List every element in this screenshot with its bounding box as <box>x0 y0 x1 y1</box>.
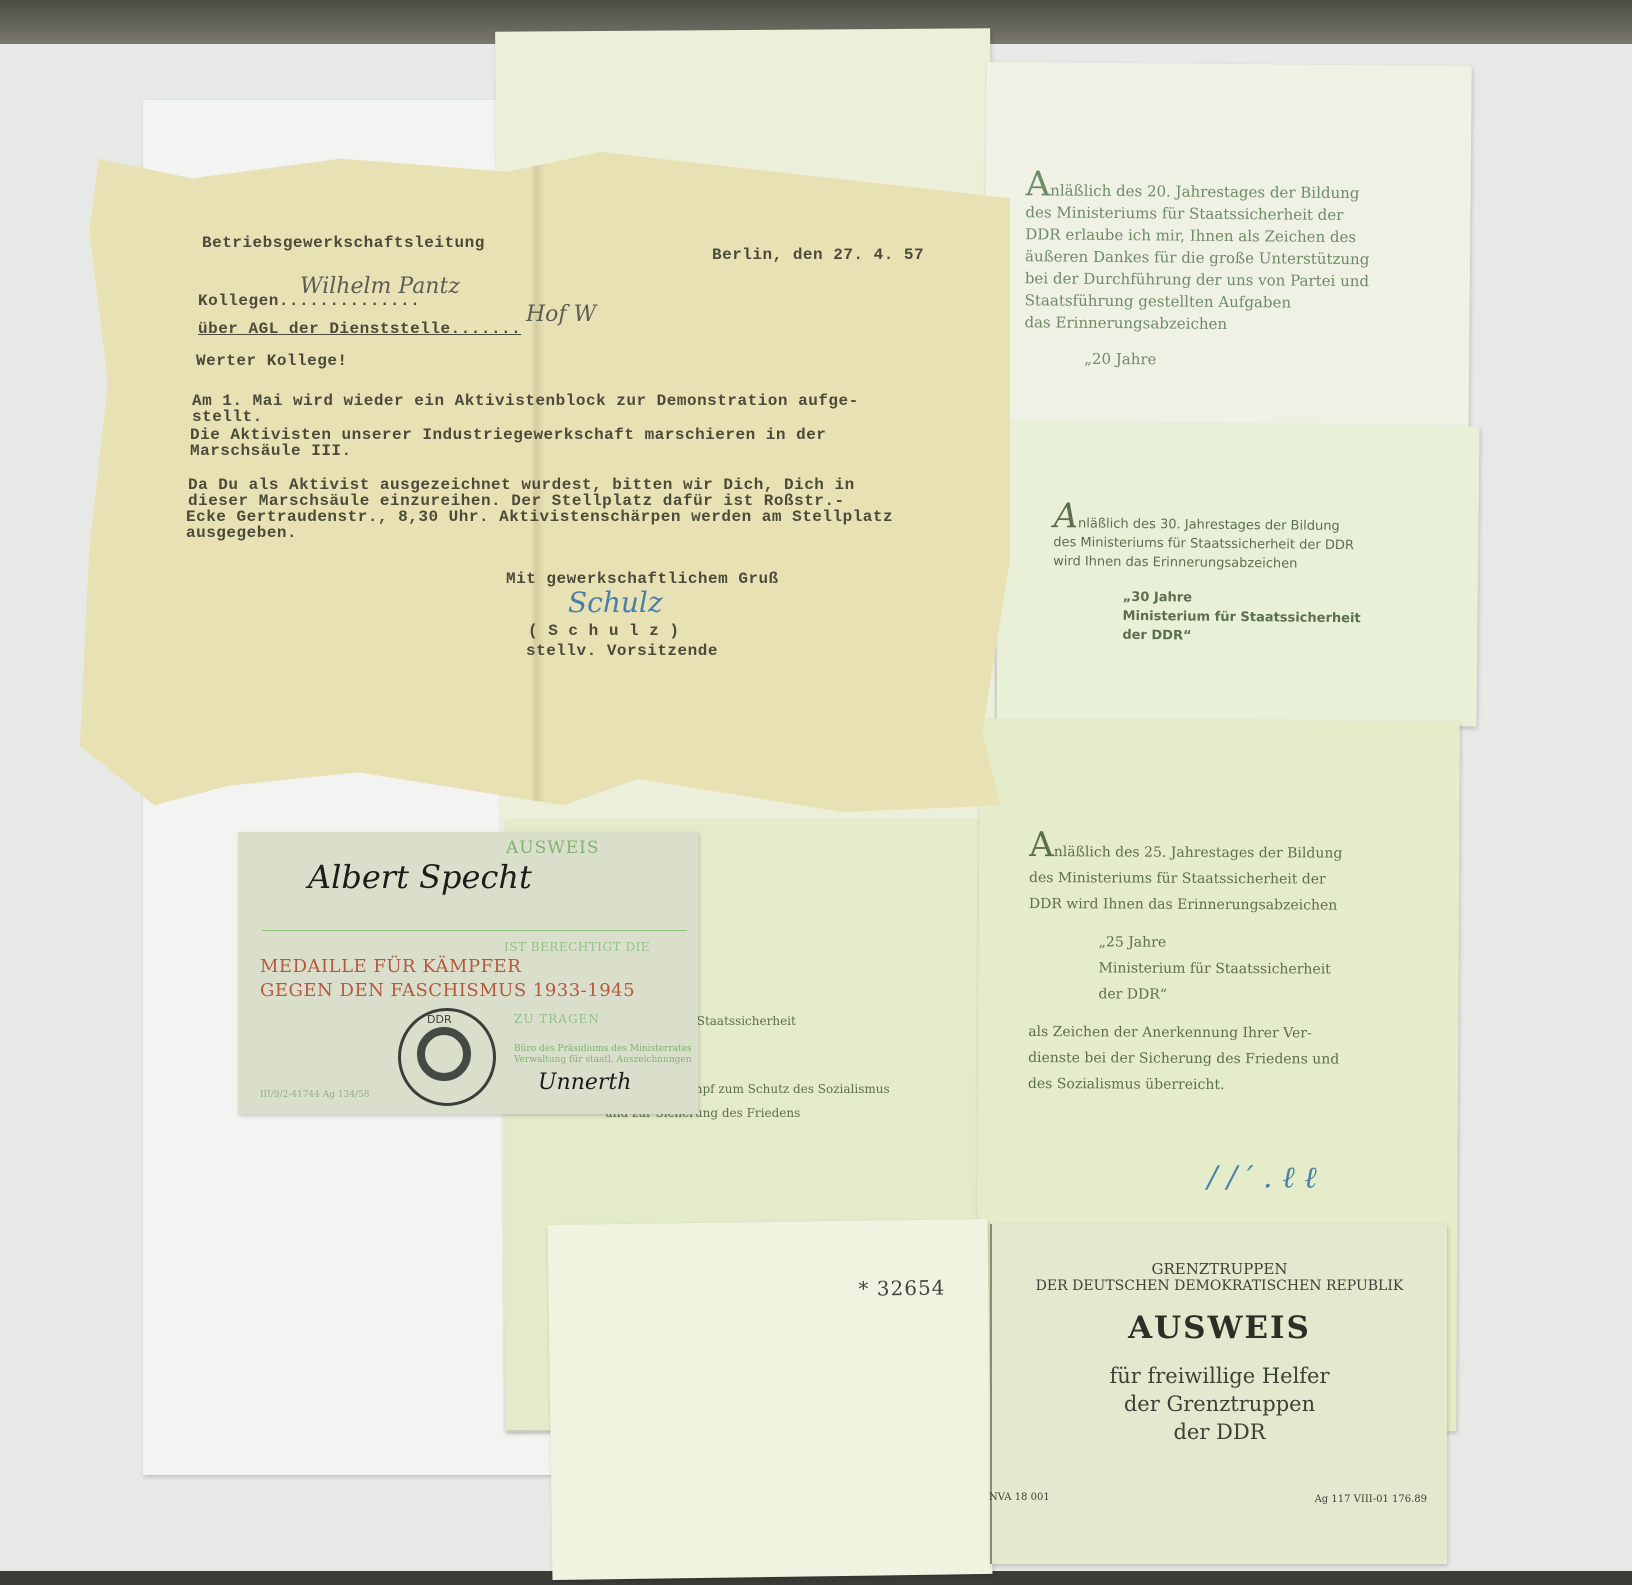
recipient-handwritten: Wilhelm Pantz <box>300 274 460 299</box>
border-troops-id-left-page: * 32654 <box>548 1219 993 1580</box>
award-name: der DDR“ <box>1122 626 1472 649</box>
text-line: das Erinnerungsabzeichen <box>1024 311 1454 337</box>
salutation: Werter Kollege! <box>196 352 348 370</box>
text-line: als Zeichen der Anerkennung Ihrer Ver- <box>1028 1019 1448 1047</box>
text-line: dienste bei der Sicherung des Friedens u… <box>1028 1045 1448 1073</box>
text-line: Kampf zum Schutz des Sozialismus <box>675 1078 890 1100</box>
blue-signature: / / ′ . ℓ ℓ <box>1207 1160 1316 1196</box>
text-line: Marschsäule III. <box>190 442 352 460</box>
card-title: AUSWEIS <box>506 838 600 858</box>
reference-number: III/9/2-41744 Ag 134/58 <box>260 1090 370 1100</box>
text-line: stellt. <box>192 408 263 426</box>
holder-name: Albert Specht <box>308 858 532 896</box>
certificate-20-text: Anläßlich des 20. Jahrestages der Bildun… <box>1024 170 1456 373</box>
wear-text: ZU TRAGEN <box>514 1012 600 1026</box>
issuing-office: Büro des Präsidiums des Ministerrates Ve… <box>514 1044 692 1066</box>
border-troops-id-cover: GRENZTRUPPEN DER DEUTSCHEN DEMOKRATISCHE… <box>990 1224 1447 1564</box>
signer-name: ( S c h u l z ) <box>528 622 680 640</box>
dropcap: A <box>1026 164 1051 204</box>
text-line: nläßlich des 30. Jahrestages der Bildung <box>1078 516 1340 534</box>
ddr-emblem-stamp-icon: DDR <box>398 1008 496 1106</box>
entitled-text: IST BERECHTIGT DIE <box>504 940 650 954</box>
medal-name: GEGEN DEN FASCHISMUS 1933-1945 <box>260 980 635 1001</box>
office-line: Büro des Präsidiums des Ministerrates <box>514 1044 692 1055</box>
via-label: über AGL der Dienststelle....... <box>198 320 521 338</box>
award-name: „25 Jahre <box>1099 929 1449 957</box>
certificate-20-years: Anläßlich des 20. Jahrestages der Bildun… <box>983 62 1471 466</box>
text-line: des Ministeriums für Staatssicherheit de… <box>1029 865 1449 893</box>
signer-title: stellv. Vorsitzende <box>526 642 718 660</box>
text-line: des Sozialismus überreicht. <box>1028 1071 1448 1099</box>
print-code: Ag 117 VIII-01 176.89 <box>1315 1494 1427 1505</box>
dropcap: A <box>1053 496 1078 536</box>
id-subtitle: für freiwillige Helfer <box>992 1364 1447 1388</box>
official-signature: Unnerth <box>538 1070 631 1095</box>
office-line: Verwaltung für staatl. Auszeichnungen <box>514 1055 692 1066</box>
letter-header: Betriebsgewerkschaftsleitung <box>202 234 485 252</box>
text-line: ausgegeben. <box>186 524 297 542</box>
form-code: NVA 18 001 <box>989 1492 1050 1503</box>
stamp-text: DDR <box>427 1013 452 1026</box>
text-line: DDR wird Ihnen das Erinnerungsabzeichen <box>1029 891 1449 919</box>
id-subtitle: der DDR <box>992 1420 1447 1444</box>
signature-handwritten: Schulz <box>568 586 663 619</box>
serial-number: * 32654 <box>858 1276 945 1301</box>
award-name: Ministerium für Staatssicherheit <box>1098 955 1448 983</box>
org-name: GRENZTRUPPEN <box>992 1260 1447 1278</box>
typed-letter: Betriebsgewerkschaftsleitung Berlin, den… <box>80 152 1010 812</box>
via-handwritten: Hof W <box>526 302 596 327</box>
signature-line <box>262 930 687 931</box>
text-line: wird Ihnen das Erinnerungsabzeichen <box>1053 552 1473 575</box>
certificate-30-years: Anläßlich des 30. Jahrestages der Bildun… <box>996 421 1479 726</box>
id-title: AUSWEIS <box>992 1310 1447 1346</box>
org-name: DER DEUTSCHEN DEMOKRATISCHEN REPUBLIK <box>992 1278 1447 1294</box>
text-line: nläßlich des 25. Jahrestages der Bildung <box>1054 844 1343 862</box>
award-name: „20 Jahre <box>1084 348 1454 373</box>
letter-date: Berlin, den 27. 4. 57 <box>712 246 924 264</box>
text-line: nläßlich des 20. Jahrestages der Bildung <box>1050 181 1359 202</box>
award-name: der DDR“ <box>1098 981 1448 1009</box>
medal-name: MEDAILLE FÜR KÄMPFER <box>260 956 521 977</box>
hammer-compass-icon <box>417 1027 471 1081</box>
text-line: Am 1. Mai wird wieder ein Aktivistenbloc… <box>192 392 859 410</box>
medal-id-card: AUSWEIS Albert Specht IST BERECHTIGT DIE… <box>238 832 698 1114</box>
dropcap: A <box>1029 825 1054 865</box>
id-subtitle: der Grenztruppen <box>992 1392 1447 1416</box>
